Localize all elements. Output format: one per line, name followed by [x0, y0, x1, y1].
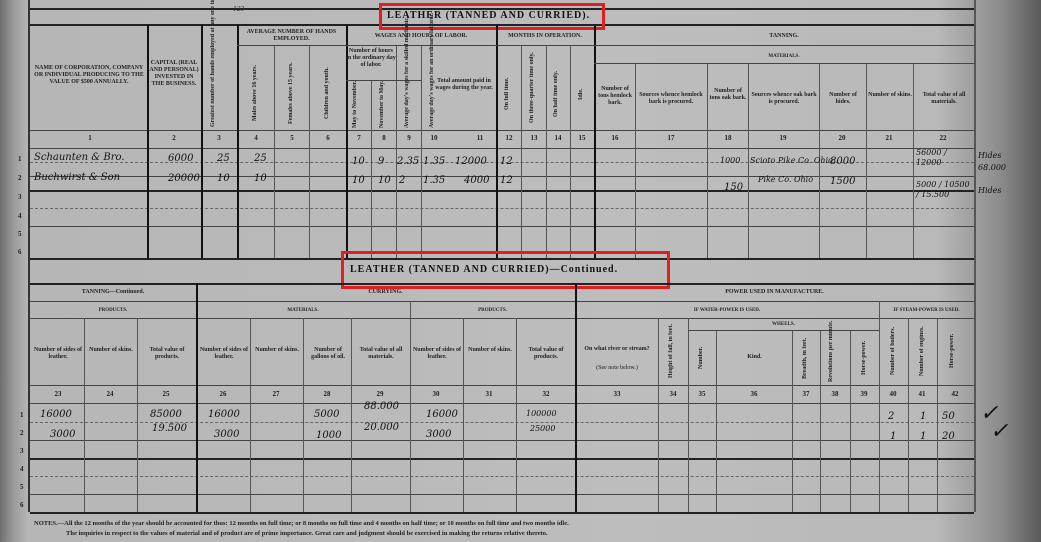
col-num: 8: [374, 134, 394, 142]
row1-skilled-wage: 2.35: [397, 156, 419, 167]
col-num: 4: [246, 134, 266, 142]
col-num: 34: [663, 390, 683, 398]
row2-total-wages: 4000: [464, 175, 489, 186]
col-num: 22: [933, 134, 953, 142]
check-mark-icon: ✓: [990, 418, 1008, 444]
curry-products-header: PRODUCTS.: [410, 307, 575, 314]
b-row1-sides-tanned: 16000: [40, 409, 72, 420]
b-row1-sides-curried-out: 16000: [426, 409, 458, 420]
row2-margin-note: Hides: [978, 186, 1002, 195]
col-num: 18: [718, 134, 738, 142]
b-row1-value-curried: 100000: [526, 409, 557, 418]
row-num: 5: [18, 230, 22, 238]
b-row1-horsepower: 50: [942, 411, 955, 422]
col28-header: Number of gallons of oil.: [305, 347, 351, 361]
row2-oak-bark-source: Pike Co. Ohio: [758, 175, 813, 184]
b-row2-engines: 1: [920, 431, 926, 442]
row1-greatest-hands: 25: [217, 153, 230, 164]
products-header: PRODUCTS.: [30, 307, 196, 314]
col-num: 13: [524, 134, 544, 142]
col-num: 1: [80, 134, 100, 142]
currying-header: CURRYING.: [196, 289, 575, 296]
col-num: 25: [156, 390, 176, 398]
col-num: 39: [854, 390, 874, 398]
col21-header: Number of skins.: [868, 92, 912, 99]
notes-line-2: The inquiries in respect to the values o…: [66, 530, 548, 537]
schedule-sheet: LEATHER (TANNED AND CURRIED). 123 AVERAG…: [28, 0, 976, 512]
row1-total-materials: 56000 / 12000: [916, 148, 974, 168]
col7-header: May to November.: [352, 82, 359, 128]
row1-laborer-wage: 1.35: [423, 156, 445, 167]
col26-header: Number of sides of leather.: [198, 347, 250, 361]
col-num: 29: [370, 390, 390, 398]
row2-laborer-wage: 1.35: [423, 175, 445, 186]
col-num: 27: [266, 390, 286, 398]
row2-males: 10: [254, 173, 267, 184]
row2-capital: 20000: [168, 173, 200, 184]
col2-header: CAPITAL (REAL AND PERSONAL) INVESTED IN …: [148, 60, 200, 88]
avg-hands-header: AVERAGE NUMBER OF HANDS EMPLOYED.: [237, 29, 346, 43]
col-num: 21: [879, 134, 899, 142]
col36-header: Kind.: [718, 354, 791, 361]
col31-header: Number of skins.: [465, 347, 515, 354]
b-row2-value-tanned: 19.500: [152, 423, 187, 434]
row-num: 5: [20, 483, 24, 491]
tanning-header: TANNING.: [594, 33, 974, 40]
col-num: 36: [744, 390, 764, 398]
col20-header: Number of hides.: [821, 92, 865, 106]
col16-header: Number of tons hemlock bark.: [596, 86, 634, 107]
b-row2-boilers: 1: [890, 431, 896, 442]
row1-capital: 6000: [168, 153, 193, 164]
census-schedule-page: LEATHER (TANNED AND CURRIED). 123 AVERAG…: [0, 0, 1041, 542]
col18-header: Number of tons oak bark.: [709, 88, 747, 102]
col39-header: Horse-power.: [861, 334, 868, 382]
col-num: 17: [661, 134, 681, 142]
notes-line-1: NOTES.—All the 12 months of the year sho…: [34, 520, 569, 527]
b-row2-oil-gallons: 1000: [316, 430, 341, 441]
col-num: 28: [317, 390, 337, 398]
power-header: POWER USED IN MANUFACTURE.: [575, 289, 974, 296]
col-num: 16: [605, 134, 625, 142]
col40-header: Number of boilers.: [890, 320, 897, 382]
steam-power-header: IF STEAM-POWER IS USED.: [879, 307, 974, 314]
col30-header: Number of sides of leather.: [412, 347, 462, 361]
row2-total-materials: 5000 / 10500 / 15.500: [916, 180, 974, 200]
row-num: 3: [18, 193, 22, 201]
col38-header: Revolutions per minute.: [828, 334, 835, 382]
row1-oak-bark-tons: 1000: [720, 156, 740, 165]
col-num: 5: [282, 134, 302, 142]
col32-header: Total value of products.: [518, 347, 574, 361]
row2-skilled-wage: 2: [399, 175, 405, 186]
top-title-highlight: [379, 3, 605, 30]
b-row2-curry-materials: 20.000: [364, 422, 399, 433]
b-row1-sides-curried-in: 16000: [208, 409, 240, 420]
col-num: 38: [825, 390, 845, 398]
row-num: 4: [18, 212, 22, 220]
col-num: 7: [349, 134, 369, 142]
col12-header: On full time.: [504, 60, 511, 128]
col25-header: Total value of products.: [139, 347, 195, 361]
row-num: 6: [20, 501, 24, 509]
col29-header: Total value of all materials.: [353, 347, 409, 361]
row1-margin-note: Hides 68.000: [978, 150, 1022, 174]
months-header: MONTHS IN OPERATION.: [496, 33, 594, 40]
col-num: 31: [479, 390, 499, 398]
wages-header: WAGES AND HOURS OF LABOR.: [346, 33, 496, 40]
col42-header: Horse-power.: [949, 320, 956, 382]
col6-header: Children and youth.: [324, 60, 331, 126]
b-row2-sides-curried-out: 3000: [426, 429, 451, 440]
b-row2-horsepower: 20: [942, 431, 955, 442]
col14-header: On half time only.: [553, 60, 560, 128]
col5-header: Females above 15 years.: [288, 60, 295, 126]
b-row1-value-tanned: 85000: [150, 409, 182, 420]
col-num: 10: [424, 134, 444, 142]
hours-subheader: Number of hours in the ordinary day of l…: [346, 48, 396, 69]
col-num: 37: [796, 390, 816, 398]
materials-header: MATERIALS.: [594, 53, 974, 60]
col22-header: Total value of all materials.: [915, 92, 973, 106]
curry-materials-header: MATERIALS.: [196, 307, 410, 314]
col41-header: Number of engines.: [919, 320, 926, 382]
row1-total-wages: 12000: [455, 156, 487, 167]
row1-males: 25: [254, 153, 267, 164]
row2-name: Buchwirst & Son: [34, 172, 120, 183]
col-num: 24: [100, 390, 120, 398]
row2-oak-bark-tons: 150: [724, 182, 743, 193]
col-num: 26: [213, 390, 233, 398]
col1-header: NAME OF CORPORATION, COMPANY OR INDIVIDU…: [32, 65, 146, 86]
b-row1-engines: 1: [920, 411, 926, 422]
col9-header: Average day's wages for a skilled mechan…: [404, 48, 411, 128]
col4-header: Males above 16 years.: [252, 60, 259, 126]
row-num: 2: [18, 174, 22, 182]
b-row1-oil-gallons: 5000: [314, 409, 339, 420]
row2-nov-may: 10: [378, 175, 391, 186]
col-num: 20: [832, 134, 852, 142]
row-num: 2: [20, 429, 24, 437]
col23-header: Number of sides of leather.: [32, 347, 84, 361]
row1-hides: 8000: [830, 156, 855, 167]
col35-header: Number.: [698, 334, 705, 382]
col-num: 41: [912, 390, 932, 398]
col-num: 6: [318, 134, 338, 142]
row1-nov-may: 9: [378, 156, 384, 167]
row-num: 1: [18, 155, 22, 163]
row-num: 1: [20, 411, 24, 419]
row-num: 3: [20, 447, 24, 455]
b-row1-curry-materials: 88.000: [364, 401, 399, 412]
row1-may-nov: 10: [352, 156, 365, 167]
col-num: 40: [883, 390, 903, 398]
row2-hides: 1500: [830, 176, 855, 187]
row1-name: Schaunten & Bro.: [34, 152, 125, 163]
col24-header: Number of skins.: [86, 347, 136, 354]
col-num: 12: [499, 134, 519, 142]
col-num: 2: [164, 134, 184, 142]
col3-header: Greatest number of hands employed at any…: [210, 32, 217, 127]
col-num: 15: [572, 134, 592, 142]
col11-header: Total amount paid in wages during the ye…: [434, 78, 494, 92]
row1-full-time: 12: [500, 156, 513, 167]
col37-header: Breadth, in feet.: [802, 334, 809, 382]
b-row2-value-curried: 25000: [530, 424, 555, 433]
col-num: 14: [548, 134, 568, 142]
row1-oak-bark-source: Scioto Pike Co. Ohio: [750, 156, 833, 165]
col-num: 32: [536, 390, 556, 398]
tanning-cont-header: TANNING—Continued.: [30, 289, 196, 296]
col8-header: November to May.: [379, 82, 386, 128]
col-num: 33: [607, 390, 627, 398]
b-row1-boilers: 2: [888, 411, 894, 422]
col-num: 11: [470, 134, 490, 142]
col27-header: Number of skins.: [252, 347, 302, 354]
water-power-header: IF WATER-POWER IS USED.: [575, 307, 879, 314]
col-num: 9: [399, 134, 419, 142]
row2-full-time: 12: [500, 175, 513, 186]
b-row2-sides-tanned: 3000: [50, 429, 75, 440]
wheels-header: WHEELS.: [688, 321, 879, 328]
col15-header: Idle.: [578, 60, 585, 128]
annotation-top: 123: [233, 6, 244, 13]
col33-subheader: (See note below.): [578, 365, 656, 372]
col-num: 42: [945, 390, 965, 398]
col-num: 19: [773, 134, 793, 142]
col17-header: Sources whence hemlock bark is procured.: [637, 92, 705, 106]
row2-may-nov: 10: [352, 175, 365, 186]
b-row2-sides-curried-in: 3000: [214, 429, 239, 440]
col34-header: Height of fall, in feet.: [668, 320, 675, 382]
row2-greatest-hands: 10: [217, 173, 230, 184]
col-num: 35: [692, 390, 712, 398]
col33-header: On what river or stream?: [578, 346, 656, 353]
col19-header: Sources whence oak bark is procured.: [750, 92, 818, 106]
col-num: 23: [48, 390, 68, 398]
row-num: 6: [18, 248, 22, 256]
row-num: 4: [20, 465, 24, 473]
col-num: 30: [426, 390, 446, 398]
col-num: 3: [209, 134, 229, 142]
col13-header: On three-quarter time only.: [529, 48, 536, 128]
